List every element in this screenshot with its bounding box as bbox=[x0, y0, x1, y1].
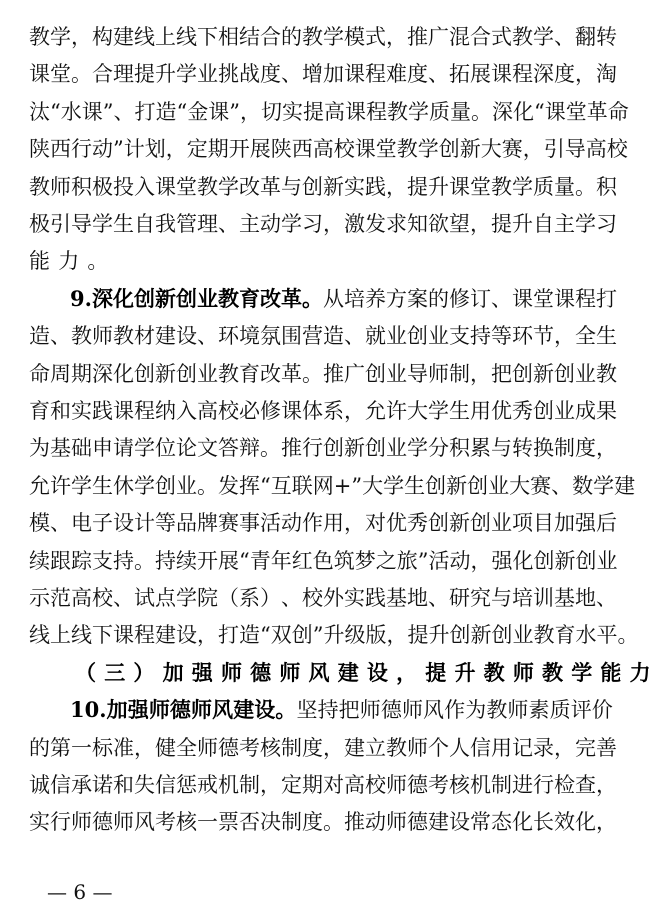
body-text: 分 bbox=[428, 433, 449, 463]
body-text: 教 bbox=[29, 172, 50, 202]
body-text: 挑 bbox=[218, 59, 239, 89]
body-text: 评 bbox=[571, 695, 592, 725]
body-text: 陕 bbox=[271, 134, 292, 164]
body-text: 制 bbox=[449, 359, 470, 389]
body-text: 我 bbox=[155, 209, 176, 239]
body-text: 许 bbox=[386, 396, 407, 426]
body-text: 新 bbox=[555, 546, 576, 576]
body-text: 承 bbox=[71, 770, 92, 800]
body-text: 创 bbox=[365, 359, 386, 389]
body-text: 化 bbox=[513, 97, 534, 127]
body-text: ， bbox=[554, 321, 575, 351]
heading-text: 强 bbox=[192, 658, 213, 688]
body-text: 程 bbox=[134, 396, 155, 426]
body-text: 课 bbox=[491, 59, 512, 89]
body-text: 创 bbox=[176, 359, 197, 389]
heading-text: 能 bbox=[600, 658, 621, 688]
body-text: 计 bbox=[134, 508, 155, 538]
body-text: 之 bbox=[376, 546, 397, 576]
heading-text: 学 bbox=[571, 658, 592, 688]
body-text: 机 bbox=[218, 770, 239, 800]
body-text: 动 bbox=[260, 209, 281, 239]
body-text: 学 bbox=[176, 583, 197, 613]
heading-text: 师 bbox=[149, 695, 170, 725]
body-text: 校 bbox=[218, 396, 239, 426]
heading-text: 改 bbox=[260, 284, 281, 314]
body-text: 革 bbox=[587, 97, 608, 127]
body-text: 师 bbox=[386, 770, 407, 800]
heading-text: 。 bbox=[302, 284, 323, 314]
body-text: 设 bbox=[176, 620, 197, 650]
heading-text: 提 bbox=[425, 658, 446, 688]
heading-text: 创 bbox=[134, 284, 155, 314]
body-text: 课 bbox=[155, 172, 176, 202]
body-text: 完 bbox=[575, 733, 596, 763]
body-text: 优 bbox=[491, 396, 512, 426]
body-text: 。 bbox=[302, 359, 323, 389]
body-text: 秀 bbox=[512, 396, 533, 426]
body-text: 生 bbox=[92, 471, 113, 501]
body-text: 化 bbox=[113, 359, 134, 389]
body-text: 增 bbox=[302, 59, 323, 89]
body-text: 许 bbox=[50, 471, 71, 501]
body-text: 加 bbox=[323, 59, 344, 89]
body-text: 拓 bbox=[449, 59, 470, 89]
body-text: 营 bbox=[302, 321, 323, 351]
heading-text: 风 bbox=[309, 658, 330, 688]
body-text: 学 bbox=[323, 22, 344, 52]
text-line: 续跟踪支持。持续开展“青年红色筑梦之旅”活动，强化创新创业 bbox=[29, 546, 613, 576]
body-text: 度 bbox=[302, 807, 323, 837]
body-text: 用 bbox=[470, 396, 491, 426]
body-text: 互 bbox=[271, 471, 292, 501]
body-text: 。 bbox=[134, 546, 155, 576]
body-text: 诺 bbox=[92, 770, 113, 800]
body-text: 研 bbox=[449, 583, 470, 613]
body-text: 长 bbox=[533, 807, 554, 837]
body-text: 、 bbox=[344, 321, 365, 351]
body-text: 把 bbox=[491, 359, 512, 389]
body-text: “ bbox=[177, 97, 188, 127]
body-text: 外 bbox=[323, 583, 344, 613]
body-text: 教 bbox=[512, 22, 533, 52]
body-text: 积 bbox=[449, 433, 470, 463]
body-text: 设 bbox=[113, 508, 134, 538]
body-text: 作 bbox=[302, 508, 323, 538]
body-text: 化 bbox=[512, 807, 533, 837]
heading-text: 教 bbox=[484, 658, 505, 688]
body-text: 惩 bbox=[176, 770, 197, 800]
body-text: 主 bbox=[554, 209, 575, 239]
body-text: 秀 bbox=[407, 508, 428, 538]
body-text: 旅 bbox=[397, 546, 418, 576]
body-text: “ bbox=[239, 546, 250, 576]
body-text: 推 bbox=[281, 433, 302, 463]
heading-text: 教 bbox=[218, 284, 239, 314]
body-text: 与 bbox=[281, 172, 302, 202]
body-text: 学 bbox=[407, 433, 428, 463]
body-text: “ bbox=[50, 97, 61, 127]
heading-text: （ bbox=[75, 658, 96, 688]
body-text: 望 bbox=[449, 209, 470, 239]
body-text: 转 bbox=[596, 22, 617, 52]
heading-text: 设 bbox=[367, 658, 388, 688]
body-text: 、 bbox=[554, 22, 575, 52]
body-text: 教 bbox=[29, 22, 50, 52]
body-text: 质 bbox=[533, 172, 554, 202]
body-text: 教 bbox=[486, 695, 507, 725]
body-text: 期 bbox=[302, 770, 323, 800]
body-text: 行 bbox=[533, 770, 554, 800]
body-text: 师 bbox=[428, 359, 449, 389]
body-text: 用 bbox=[491, 733, 512, 763]
body-text: 教 bbox=[397, 134, 418, 164]
body-text: 建 bbox=[155, 321, 176, 351]
body-text: 战 bbox=[239, 59, 260, 89]
body-text: 、 bbox=[596, 583, 617, 613]
body-text: 制 bbox=[281, 733, 302, 763]
body-text: 一 bbox=[71, 733, 92, 763]
body-text: 持 bbox=[470, 321, 491, 351]
text-line: 造、教师教材建设、环境氛围营造、就业创业支持等环节，全生 bbox=[29, 321, 613, 351]
heading-text: 三 bbox=[104, 658, 125, 688]
body-text: 持 bbox=[318, 695, 339, 725]
body-text: 定 bbox=[281, 770, 302, 800]
body-text: 跟 bbox=[50, 546, 71, 576]
text-line: 模、电子设计等品牌赛事活动作用，对优秀创新创业项目加强后 bbox=[29, 508, 613, 538]
body-text: 理 bbox=[113, 59, 134, 89]
body-text: 持 bbox=[113, 546, 134, 576]
body-text: 求 bbox=[386, 209, 407, 239]
body-text: 信 bbox=[50, 770, 71, 800]
body-text: 数 bbox=[572, 471, 593, 501]
body-text: 课 bbox=[113, 396, 134, 426]
body-text: 生 bbox=[449, 396, 470, 426]
body-text: 全 bbox=[176, 733, 197, 763]
heading-text: 教 bbox=[542, 658, 563, 688]
body-text: 动 bbox=[92, 134, 113, 164]
body-text: 赛 bbox=[218, 508, 239, 538]
body-text: 管 bbox=[176, 209, 197, 239]
body-text: 红 bbox=[292, 546, 313, 576]
body-text: 基 bbox=[554, 583, 575, 613]
body-text: 境 bbox=[239, 321, 260, 351]
body-text: 发 bbox=[365, 209, 386, 239]
body-text: 制 bbox=[491, 770, 512, 800]
body-text: ， bbox=[344, 508, 365, 538]
body-text: 开 bbox=[229, 134, 250, 164]
body-text: 西 bbox=[292, 134, 313, 164]
body-text: 续 bbox=[29, 546, 50, 576]
body-text: 度 bbox=[407, 59, 428, 89]
body-text: 实 bbox=[282, 97, 303, 127]
body-text: “ bbox=[260, 620, 271, 650]
body-text: 程 bbox=[512, 59, 533, 89]
body-text: 健 bbox=[155, 733, 176, 763]
body-text: 打 bbox=[596, 284, 617, 314]
body-text: 子 bbox=[92, 508, 113, 538]
body-text: 双 bbox=[271, 620, 292, 650]
body-text: 师 bbox=[92, 321, 113, 351]
heading-text: 设 bbox=[254, 695, 275, 725]
body-text: 学 bbox=[383, 471, 404, 501]
body-text: 制 bbox=[281, 807, 302, 837]
body-text: 第 bbox=[50, 733, 71, 763]
body-text: 业 bbox=[386, 433, 407, 463]
body-text: （ bbox=[218, 583, 239, 613]
body-text: 翻 bbox=[575, 22, 596, 52]
body-text: 。 bbox=[575, 172, 596, 202]
body-text: 主 bbox=[239, 209, 260, 239]
text-line: 能力。 bbox=[29, 246, 613, 276]
body-text: 校 bbox=[334, 134, 355, 164]
body-text: 学 bbox=[71, 471, 92, 501]
body-text: 目 bbox=[533, 508, 554, 538]
body-text: 地 bbox=[575, 583, 596, 613]
text-line: 允许学生休学创业。发挥“互联网+”大学生创新创业大赛、数学建 bbox=[29, 471, 613, 501]
body-text: 高 bbox=[344, 770, 365, 800]
heading-text: 新 bbox=[155, 284, 176, 314]
body-text: 周 bbox=[50, 359, 71, 389]
body-text: 推 bbox=[323, 359, 344, 389]
body-text: 文 bbox=[197, 433, 218, 463]
body-text: 激 bbox=[344, 209, 365, 239]
body-text: 年 bbox=[271, 546, 292, 576]
body-text: 定 bbox=[187, 134, 208, 164]
body-text: 入 bbox=[176, 396, 197, 426]
body-text: 新 bbox=[449, 508, 470, 538]
body-text: 学 bbox=[176, 59, 197, 89]
body-text: 线 bbox=[29, 620, 50, 650]
body-text: 坚 bbox=[296, 695, 317, 725]
text-line: 陕西行动”计划，定期开展陕西高校课堂教学创新大赛，引导高校 bbox=[29, 134, 613, 164]
body-text: 。 bbox=[197, 471, 218, 501]
body-text: 平 bbox=[597, 620, 618, 650]
body-text: 淘 bbox=[596, 59, 617, 89]
body-text: 自 bbox=[533, 209, 554, 239]
body-text: 打 bbox=[218, 620, 239, 650]
body-text: 信 bbox=[155, 770, 176, 800]
body-text: 线 bbox=[176, 22, 197, 52]
body-text: 程 bbox=[365, 59, 386, 89]
body-text: 为 bbox=[29, 433, 50, 463]
body-text: 师 bbox=[360, 695, 381, 725]
body-text: 计 bbox=[124, 134, 145, 164]
body-text: 教 bbox=[596, 359, 617, 389]
body-text: 命 bbox=[608, 97, 629, 127]
body-text: 就 bbox=[365, 321, 386, 351]
body-text: 自 bbox=[134, 209, 155, 239]
body-text: 支 bbox=[449, 321, 470, 351]
body-text: 创 bbox=[512, 359, 533, 389]
body-text: 积 bbox=[71, 172, 92, 202]
body-text: “ bbox=[534, 97, 545, 127]
heading-text: 强 bbox=[128, 695, 149, 725]
body-text: 续 bbox=[176, 546, 197, 576]
body-text: 训 bbox=[533, 583, 554, 613]
body-text: ， bbox=[166, 134, 187, 164]
body-text: 、 bbox=[551, 471, 572, 501]
body-text: 检 bbox=[554, 770, 575, 800]
heading-text: 育 bbox=[239, 284, 260, 314]
heading-line: 10. 加强师德师风建设。坚持把师德师风作为教师素质评价 bbox=[70, 695, 613, 725]
body-text: 生 bbox=[113, 209, 134, 239]
body-text: 。 bbox=[260, 433, 281, 463]
body-text: 创 bbox=[365, 433, 386, 463]
body-text: 创 bbox=[534, 546, 555, 576]
body-text: 制 bbox=[239, 770, 260, 800]
body-text: 础 bbox=[71, 433, 92, 463]
heading-line: （三）加强师德师风建设，提升教师教学能力。 bbox=[75, 658, 613, 688]
body-text: 业 bbox=[488, 471, 509, 501]
body-text: 学 bbox=[533, 22, 554, 52]
text-line: 课堂。合理提升学业挑战度、增加课程难度、拓展课程深度，淘 bbox=[29, 59, 613, 89]
body-text: 线 bbox=[134, 22, 155, 52]
body-text: 等 bbox=[155, 508, 176, 538]
body-text: 。 bbox=[323, 807, 344, 837]
body-text: 式 bbox=[365, 22, 386, 52]
body-text: 度 bbox=[575, 433, 596, 463]
body-text: 修 bbox=[260, 396, 281, 426]
body-text: 、 bbox=[281, 583, 302, 613]
body-text: 修 bbox=[449, 284, 470, 314]
body-text: 程 bbox=[134, 620, 155, 650]
body-text: 成 bbox=[575, 396, 596, 426]
body-text: 设 bbox=[449, 807, 470, 837]
body-text: 师 bbox=[197, 733, 218, 763]
body-text: 创 bbox=[155, 471, 176, 501]
body-text: 和 bbox=[50, 396, 71, 426]
body-text: 课 bbox=[554, 284, 575, 314]
body-text: 能 bbox=[29, 246, 50, 276]
body-text: 模 bbox=[29, 508, 50, 538]
body-text: 践 bbox=[365, 172, 386, 202]
body-text: 品 bbox=[176, 508, 197, 538]
body-text: 高 bbox=[586, 134, 607, 164]
body-text: 学 bbox=[50, 22, 71, 52]
body-text: 导 bbox=[565, 134, 586, 164]
text-line: 线上线下课程建设，打造“双创”升级版，提升创新创业教育水平。 bbox=[29, 620, 613, 650]
body-text: 实 bbox=[344, 583, 365, 613]
body-text: 创 bbox=[576, 546, 597, 576]
body-text: 导 bbox=[71, 209, 92, 239]
body-text: 论 bbox=[176, 433, 197, 463]
body-text: 赛 bbox=[530, 471, 551, 501]
body-text: ， bbox=[134, 733, 155, 763]
body-text: 实 bbox=[29, 807, 50, 837]
body-text: 陕 bbox=[29, 134, 50, 164]
body-text: ， bbox=[323, 733, 344, 763]
body-text: 学 bbox=[418, 134, 439, 164]
body-text: ” bbox=[313, 620, 324, 650]
body-text: 教 bbox=[113, 321, 134, 351]
body-text: 项 bbox=[512, 508, 533, 538]
body-text: 效 bbox=[554, 807, 575, 837]
body-text: 业 bbox=[575, 359, 596, 389]
body-text: 师 bbox=[386, 807, 407, 837]
body-text: 否 bbox=[239, 807, 260, 837]
body-text: 对 bbox=[323, 770, 344, 800]
body-text: 订 bbox=[470, 284, 491, 314]
body-text: 创 bbox=[467, 471, 488, 501]
body-text: 的 bbox=[29, 733, 50, 763]
body-text: 习 bbox=[596, 209, 617, 239]
body-text: 推 bbox=[407, 22, 428, 52]
body-text: 课 bbox=[355, 134, 376, 164]
body-text: 网 bbox=[313, 471, 334, 501]
body-text: 师 bbox=[402, 695, 423, 725]
body-text: 堂 bbox=[176, 172, 197, 202]
body-text: 新 bbox=[323, 172, 344, 202]
heading-text: ， bbox=[396, 658, 417, 688]
body-text: 牌 bbox=[197, 508, 218, 538]
body-text: 知 bbox=[407, 209, 428, 239]
body-text: 标 bbox=[92, 733, 113, 763]
body-text: 价 bbox=[592, 695, 613, 725]
body-text: 学 bbox=[218, 172, 239, 202]
body-text: 等 bbox=[491, 321, 512, 351]
body-text: 合 bbox=[260, 22, 281, 52]
body-text: 创 bbox=[292, 620, 313, 650]
body-text: 、 bbox=[50, 508, 71, 538]
body-text: 为 bbox=[465, 695, 486, 725]
body-text: 用 bbox=[323, 508, 344, 538]
heading-text: 师 bbox=[191, 695, 212, 725]
body-text: 学 bbox=[428, 396, 449, 426]
body-text: ， bbox=[386, 22, 407, 52]
body-text: 教 bbox=[534, 620, 555, 650]
heading-text: 力 bbox=[630, 658, 651, 688]
body-text: 必 bbox=[239, 396, 260, 426]
body-text: 强 bbox=[492, 546, 513, 576]
body-text: 录 bbox=[533, 733, 554, 763]
body-text: 德 bbox=[381, 695, 402, 725]
body-text: 方 bbox=[386, 284, 407, 314]
body-text: 、 bbox=[281, 59, 302, 89]
body-text: 量 bbox=[554, 172, 575, 202]
body-text: 汰 bbox=[29, 97, 50, 127]
body-text: 展 bbox=[218, 546, 239, 576]
body-text: 、 bbox=[50, 321, 71, 351]
body-text: 水 bbox=[576, 620, 597, 650]
body-text: 师 bbox=[71, 807, 92, 837]
body-text: 下 bbox=[92, 620, 113, 650]
body-text: 人 bbox=[449, 733, 470, 763]
body-text: 习 bbox=[302, 209, 323, 239]
body-text: 培 bbox=[512, 583, 533, 613]
body-text: 课 bbox=[545, 97, 566, 127]
body-text: 票 bbox=[218, 807, 239, 837]
body-text: 践 bbox=[92, 396, 113, 426]
text-line: 命周期深化创新创业教育改革。推广创业导师制，把创新创业教 bbox=[29, 359, 613, 389]
body-text: 极 bbox=[29, 209, 50, 239]
body-text: 动 bbox=[281, 508, 302, 538]
body-text: 化 bbox=[513, 546, 534, 576]
body-text: ， bbox=[471, 546, 492, 576]
body-text: 创 bbox=[407, 321, 428, 351]
body-text: 力 bbox=[58, 246, 79, 276]
body-text: ， bbox=[197, 620, 218, 650]
body-text: ， bbox=[386, 172, 407, 202]
body-text: 风 bbox=[423, 695, 444, 725]
body-text: 后 bbox=[596, 508, 617, 538]
body-text: 线 bbox=[71, 620, 92, 650]
body-text: 从 bbox=[323, 284, 344, 314]
body-text: 生 bbox=[404, 471, 425, 501]
body-text: 高 bbox=[71, 583, 92, 613]
body-text: 级 bbox=[345, 620, 366, 650]
body-text: 戒 bbox=[197, 770, 218, 800]
